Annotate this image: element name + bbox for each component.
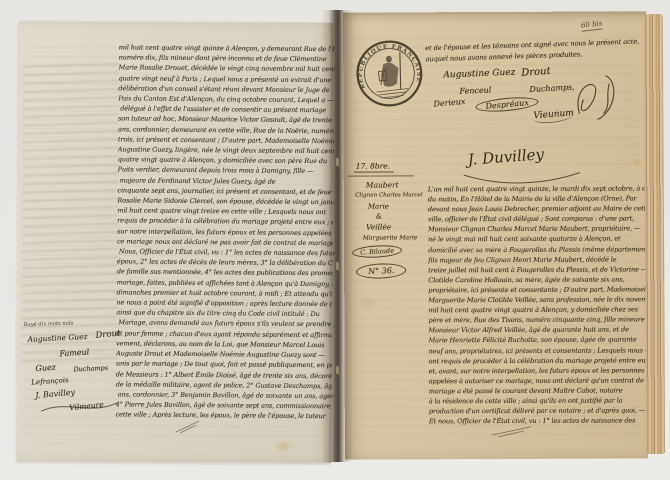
handwriting-line: domicilié avec sa mère à Fougerolles du …	[428, 244, 647, 255]
signature: Duchamps	[73, 364, 108, 374]
margin-ampersand: &	[376, 212, 382, 220]
margin-groom-given-names-2: Marie	[368, 202, 389, 210]
margin-bride-given-names: Marguerite Marie	[346, 234, 434, 241]
page-edge-stack	[644, 14, 665, 454]
paper-stain	[632, 157, 644, 166]
margin-act-number-oval: N° 36.	[356, 263, 407, 280]
binding-stitch	[336, 262, 339, 270]
signature: Fameul	[59, 348, 89, 359]
handwriting-line: fils majeur de feu Clignan Henri Marie M…	[428, 254, 647, 265]
folio-number-note: 60 bis	[581, 19, 603, 31]
signature-flourish	[37, 397, 121, 415]
scanned-register-spread: mil huit cent quatre vingt quinze à Alen…	[0, 0, 670, 480]
struck-words-note: Rayé dix mots nuls	[23, 321, 73, 328]
binding-stitch	[336, 158, 339, 166]
margin-groom-given-names: Clignan Charles Marcel	[344, 192, 434, 198]
handwriting-line: délégué à l'effet de l'assister et de co…	[120, 104, 336, 116]
margin-clerk-oval: C. Bilaude	[352, 244, 402, 259]
end-of-act-slash-mark	[173, 418, 203, 434]
signature-with-flourish: Despréaux	[475, 95, 539, 114]
seated-marianne-figure	[372, 52, 408, 99]
signature: Augustine Guez	[27, 332, 87, 344]
left-margin-signature-block: Rayé dix mots nuls Augustine Guez Drout …	[23, 321, 133, 417]
handwriting-line: né le vingt mai mil huit cent soixante q…	[428, 234, 647, 245]
left-page: mil huit cent quatre vingt quinze à Alen…	[17, 21, 333, 463]
signature: Lefrançois	[31, 376, 69, 386]
signature: Derieux	[433, 97, 466, 109]
handwriting-line: Et nous, Officier de l'État civil, vu : …	[429, 415, 648, 426]
paper-stain	[358, 297, 380, 311]
margin-groom-surname: Maubert	[366, 180, 399, 189]
handwriting-line: majeure de Ferdinand Victor Jules Guezy,…	[119, 175, 335, 187]
margin-act-date: 17. 8bre.	[354, 161, 394, 172]
signature: Fenceul	[459, 85, 491, 95]
handwriting-line: cette ville ; Après lecture, les époux, …	[115, 410, 331, 422]
handwriting-line: Mariage, avons demandé aux futurs époux …	[118, 318, 334, 330]
act-heading-name: J. Duvilley	[467, 145, 544, 169]
paper-stain	[275, 441, 292, 453]
margin-date-rule	[348, 175, 414, 176]
right-page-handwriting-block: L'an mil huit cent quatre vingt quinze, …	[428, 183, 648, 426]
handwriting-line: et, avant, sur notre interpellation, les…	[429, 365, 648, 376]
previous-act-closing-lines: et de l'épouse et les témoins ont signé …	[425, 36, 646, 65]
handwriting-line: ans, cordonnier, 3° Benjamin Bavillon, â…	[118, 389, 334, 401]
binding-stitch	[336, 366, 339, 374]
paraphe-flourish	[565, 69, 623, 125]
binding-gutter	[321, 10, 353, 462]
handwriting-line: neuf ans, propriétaires, ici présents et…	[428, 345, 647, 356]
margin-bride-surname: Veillée	[366, 222, 391, 231]
signature: Augustine Guez	[443, 68, 515, 81]
end-of-page-slash-mark	[489, 424, 535, 440]
handwriting-line: ont requis de procéder à la célébration …	[429, 355, 648, 366]
left-page-handwriting-block: mil huit cent quatre vingt quinze à Alen…	[115, 42, 334, 421]
signature: Drout	[521, 66, 551, 79]
signature: Drout	[95, 328, 121, 340]
right-page: 60 bis RÉPUBLIQUE FRANÇAISE et de l'épou…	[343, 11, 648, 459]
handwriting-line: Nous, Officier de l'État civil, vu : 1° …	[119, 246, 335, 258]
signature: Guez	[35, 362, 56, 373]
handwriting-line: Marie Henriette Félicité Buchotte, son é…	[428, 335, 647, 346]
republique-francaise-stamp: RÉPUBLIQUE FRANÇAISE	[351, 34, 428, 111]
